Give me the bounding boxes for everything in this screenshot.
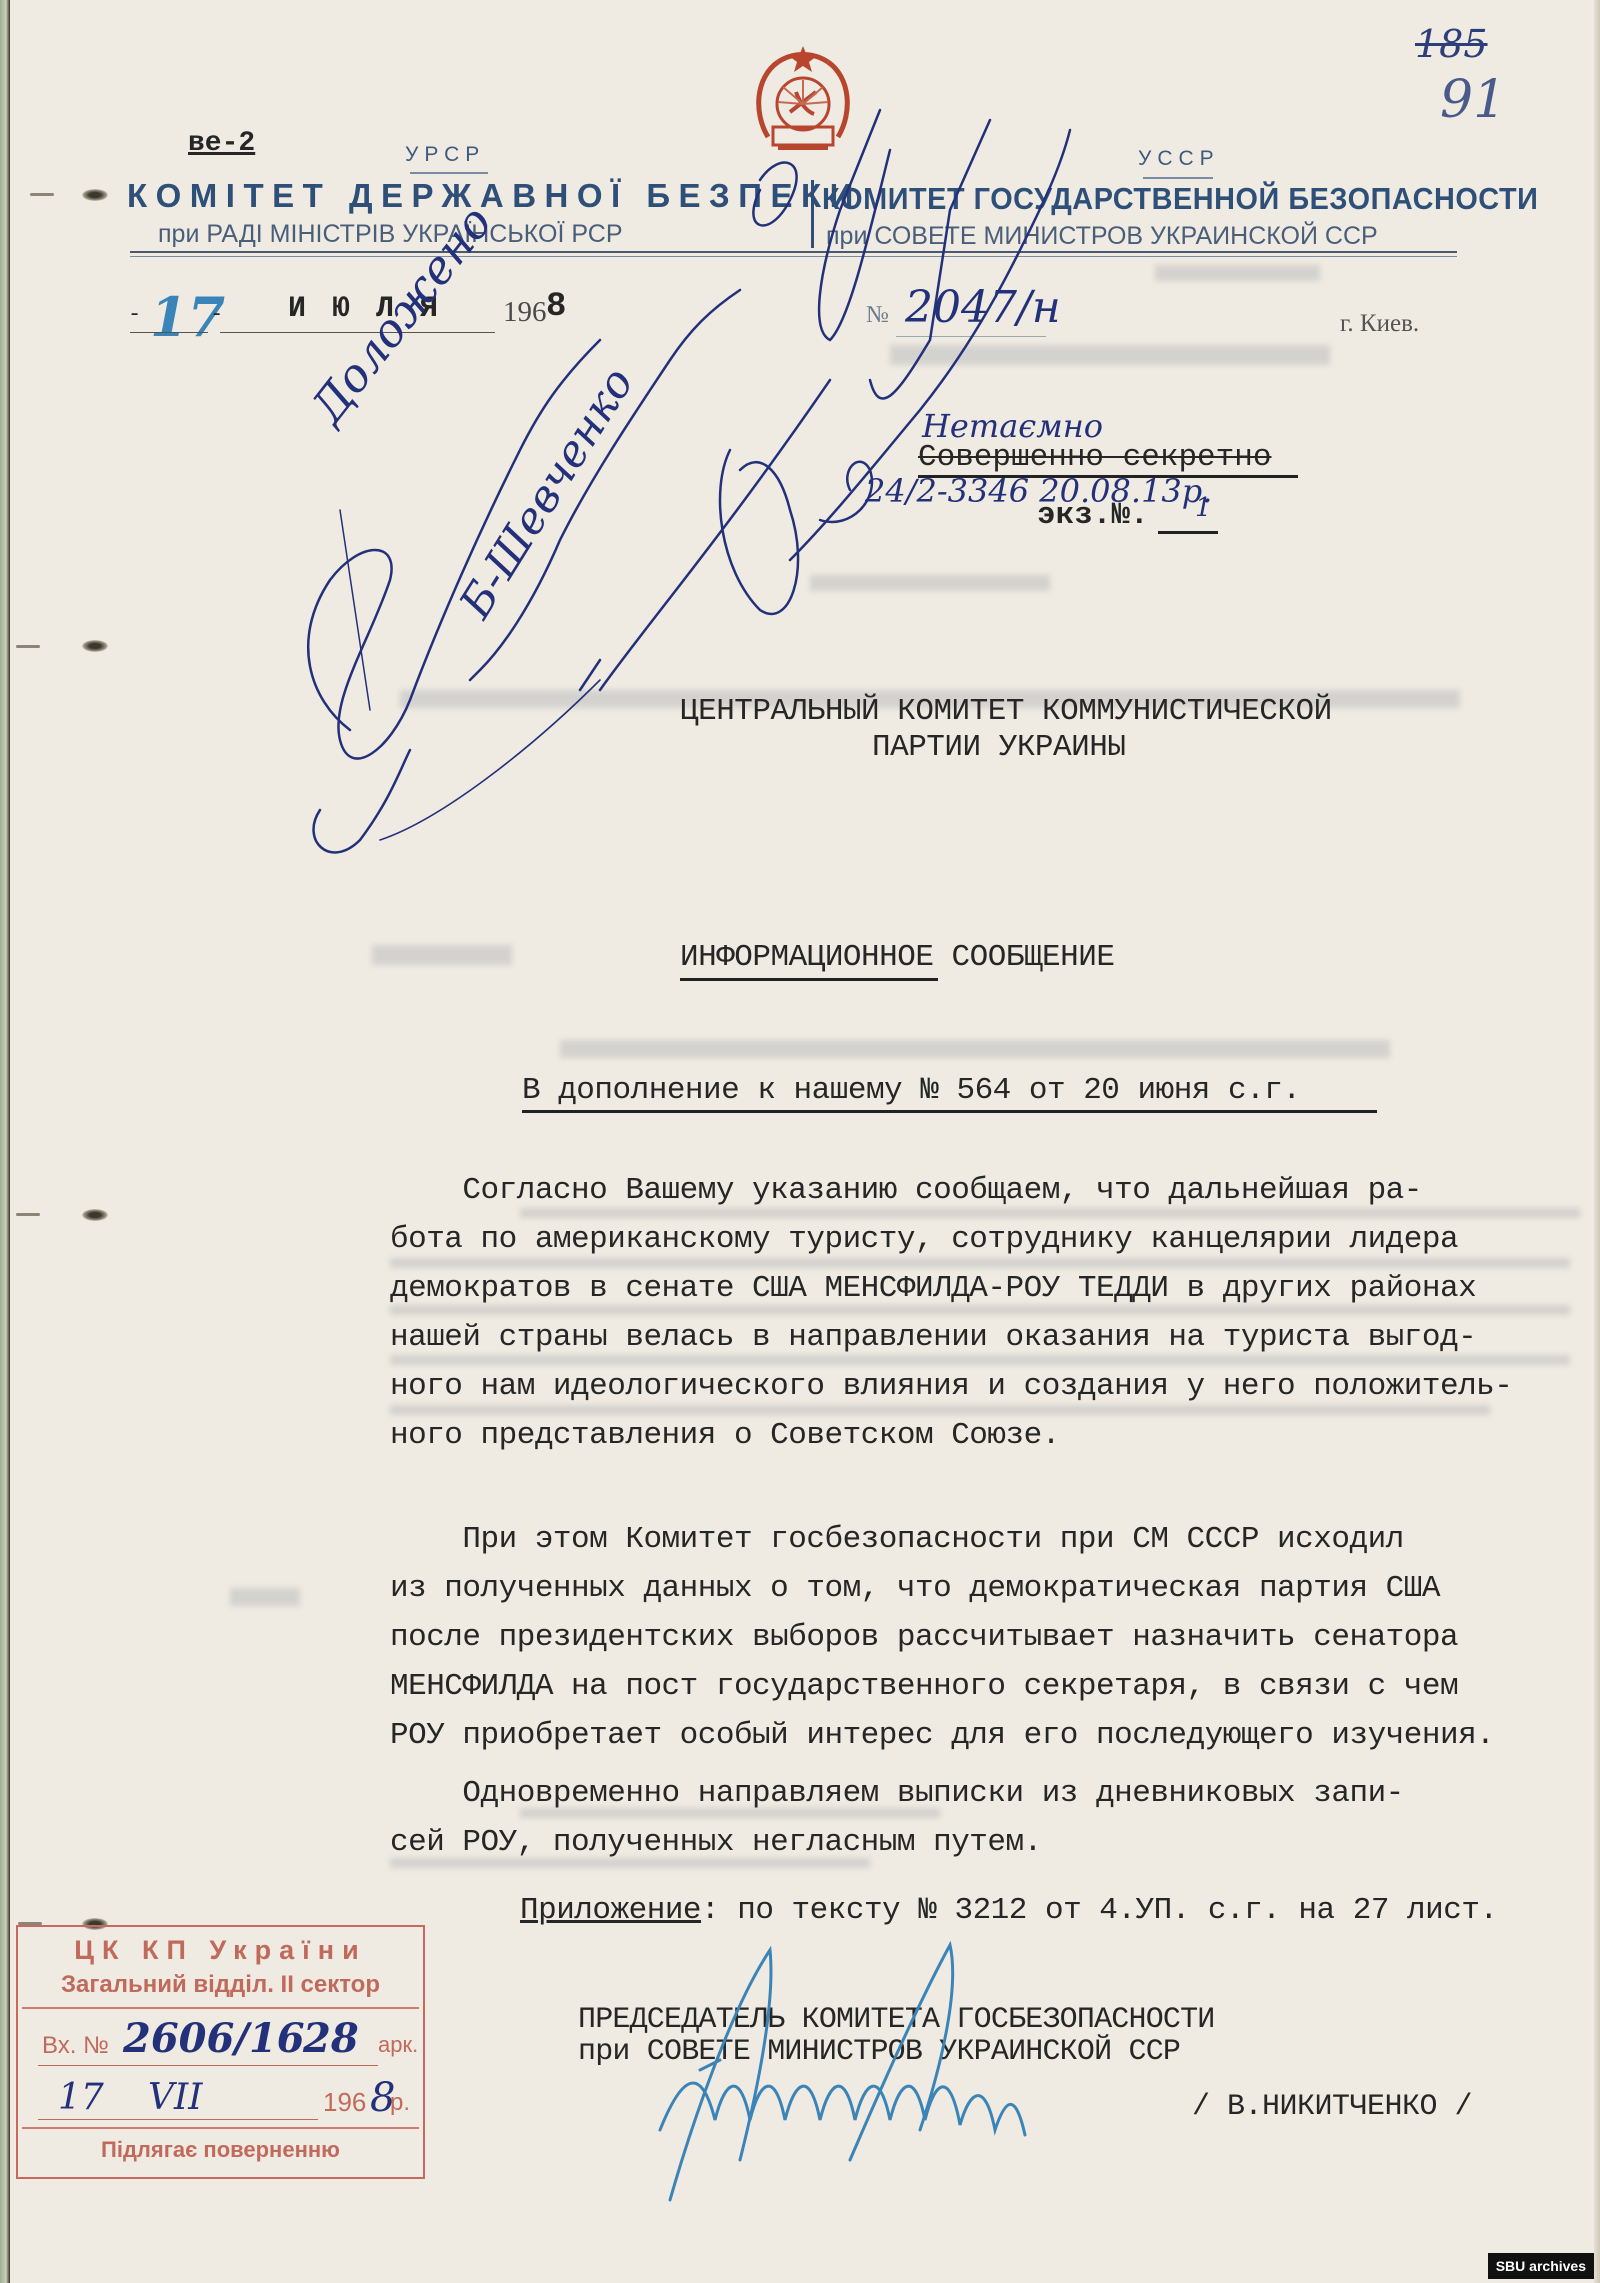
bleed-through <box>1155 265 1320 281</box>
paragraph-3: Одновременно направляем выписки из дневн… <box>390 1769 1404 1867</box>
addressee-line1: ЦЕНТРАЛЬНЫЙ КОМИТЕТ КОММУНИСТИЧЕСКОЙ <box>680 694 1332 729</box>
attachment-label: Приложение <box>520 1893 701 1928</box>
attachment-text: : по тексту № 3212 от 4.УП. с.г. на 27 л… <box>701 1893 1498 1928</box>
stamp-sheets: 28 <box>303 2015 359 2062</box>
stamp-in-number: 2606/16 <box>123 2015 305 2062</box>
stamp-number-underline <box>38 2065 378 2066</box>
punch-mark <box>30 193 54 196</box>
city-label: г. Киев. <box>1340 310 1419 338</box>
registration-stamp: ЦК КП України Загальний відділ. II секто… <box>16 1925 425 2179</box>
stamp-return-note: Підлягає поверненню <box>18 2137 423 2163</box>
paragraph-line: ного представления о Советском Союзе. <box>390 1411 1512 1460</box>
reference-line: В дополнение к нашему № 564 от 20 июня с… <box>522 1073 1300 1108</box>
folio-number-struck: 185 <box>1415 22 1488 66</box>
stamp-separator <box>22 2007 419 2009</box>
rus-republic-label: УССР <box>1138 147 1220 171</box>
stamp-month: VII <box>148 2077 202 2118</box>
document-page: 185 91 ве-2 УРСР КОМІТЕТ ДЕРЖАВНОЇ БЕЗПЕ… <box>0 0 1600 2283</box>
document-heading: ИНФОРМАЦИОННОЕ СООБЩЕНИЕ <box>680 940 1114 975</box>
reference-underline <box>522 1110 1377 1113</box>
copy-number: 1 <box>1195 493 1212 523</box>
paragraph-line: из полученных данных о том, что демократ… <box>390 1564 1494 1613</box>
rus-republic-underline <box>1143 177 1213 179</box>
bleed-through <box>390 1405 1490 1415</box>
punch-hole <box>82 189 108 201</box>
paragraph-2: При этом Комитет госбезопасности при СМ … <box>390 1515 1494 1760</box>
addressee-line2: ПАРТИИ УКРАИНЫ <box>872 730 1125 765</box>
stamp-org: ЦК КП України <box>18 1935 423 1966</box>
bleed-through <box>520 1208 1580 1218</box>
stamp-sheets-label: арк. <box>378 2032 418 2058</box>
source-watermark: SBU archives <box>1488 2253 1594 2279</box>
paragraph-line: ного нам идеологического влияния и созда… <box>390 1362 1512 1411</box>
folio-number: 91 <box>1440 70 1506 130</box>
paragraph-line: после президентских выборов рассчитывает… <box>390 1613 1494 1662</box>
paragraph-line: При этом Комитет госбезопасности при СМ … <box>390 1515 1494 1564</box>
page-edge <box>1594 0 1600 2283</box>
punch-mark <box>16 645 40 648</box>
stamp-in-number-label: Вх. № <box>42 2032 109 2060</box>
bleed-through <box>560 1040 1390 1058</box>
bleed-through <box>230 1588 300 1606</box>
bleed-through <box>390 1305 1570 1315</box>
document-code: ве-2 <box>188 128 255 159</box>
handwritten-signature-center <box>700 90 1080 650</box>
binder-edge <box>0 0 10 2283</box>
stamp-year-suffix: р. <box>390 2089 410 2117</box>
chairman-signature <box>620 1930 1180 2210</box>
stamp-day: 17 <box>58 2077 104 2118</box>
stamp-date-underline <box>38 2119 318 2120</box>
date-dash: - <box>210 302 223 327</box>
bleed-through <box>372 945 512 965</box>
stamp-year-printed: 196 <box>323 2087 366 2118</box>
punch-hole <box>82 640 108 652</box>
signatory-name: / В.НИКИТЧЕНКО / <box>1192 2090 1472 2124</box>
ukr-committee-subtitle: при РАДІ МІНІСТРІВ УКРАЇНСЬКОЇ РСР <box>158 220 623 249</box>
copy-number-underline <box>1158 531 1218 534</box>
attachment-line: Приложение: по тексту № 3212 от 4.УП. с.… <box>520 1893 1498 1928</box>
ukr-republic-underline <box>410 172 488 174</box>
ukr-republic-label: УРСР <box>405 143 485 167</box>
bleed-through <box>390 1355 1570 1365</box>
stamp-separator <box>22 2127 419 2129</box>
punch-hole <box>82 1209 108 1221</box>
paragraph-line: бота по американскому туристу, сотрудник… <box>390 1215 1512 1264</box>
paragraph-line: РОУ приобретает особый интерес для его п… <box>390 1711 1494 1760</box>
date-dash: - <box>128 302 141 327</box>
punch-mark <box>16 1213 40 1216</box>
heading-underline <box>680 978 938 981</box>
bleed-through <box>520 1808 940 1818</box>
bleed-through <box>390 1258 1570 1268</box>
day-underline <box>130 332 208 333</box>
stamp-department: Загальний відділ. II сектор <box>18 1971 423 1999</box>
bleed-through <box>390 1858 870 1868</box>
paragraph-line: МЕНСФИЛДА на пост государственного секре… <box>390 1662 1494 1711</box>
